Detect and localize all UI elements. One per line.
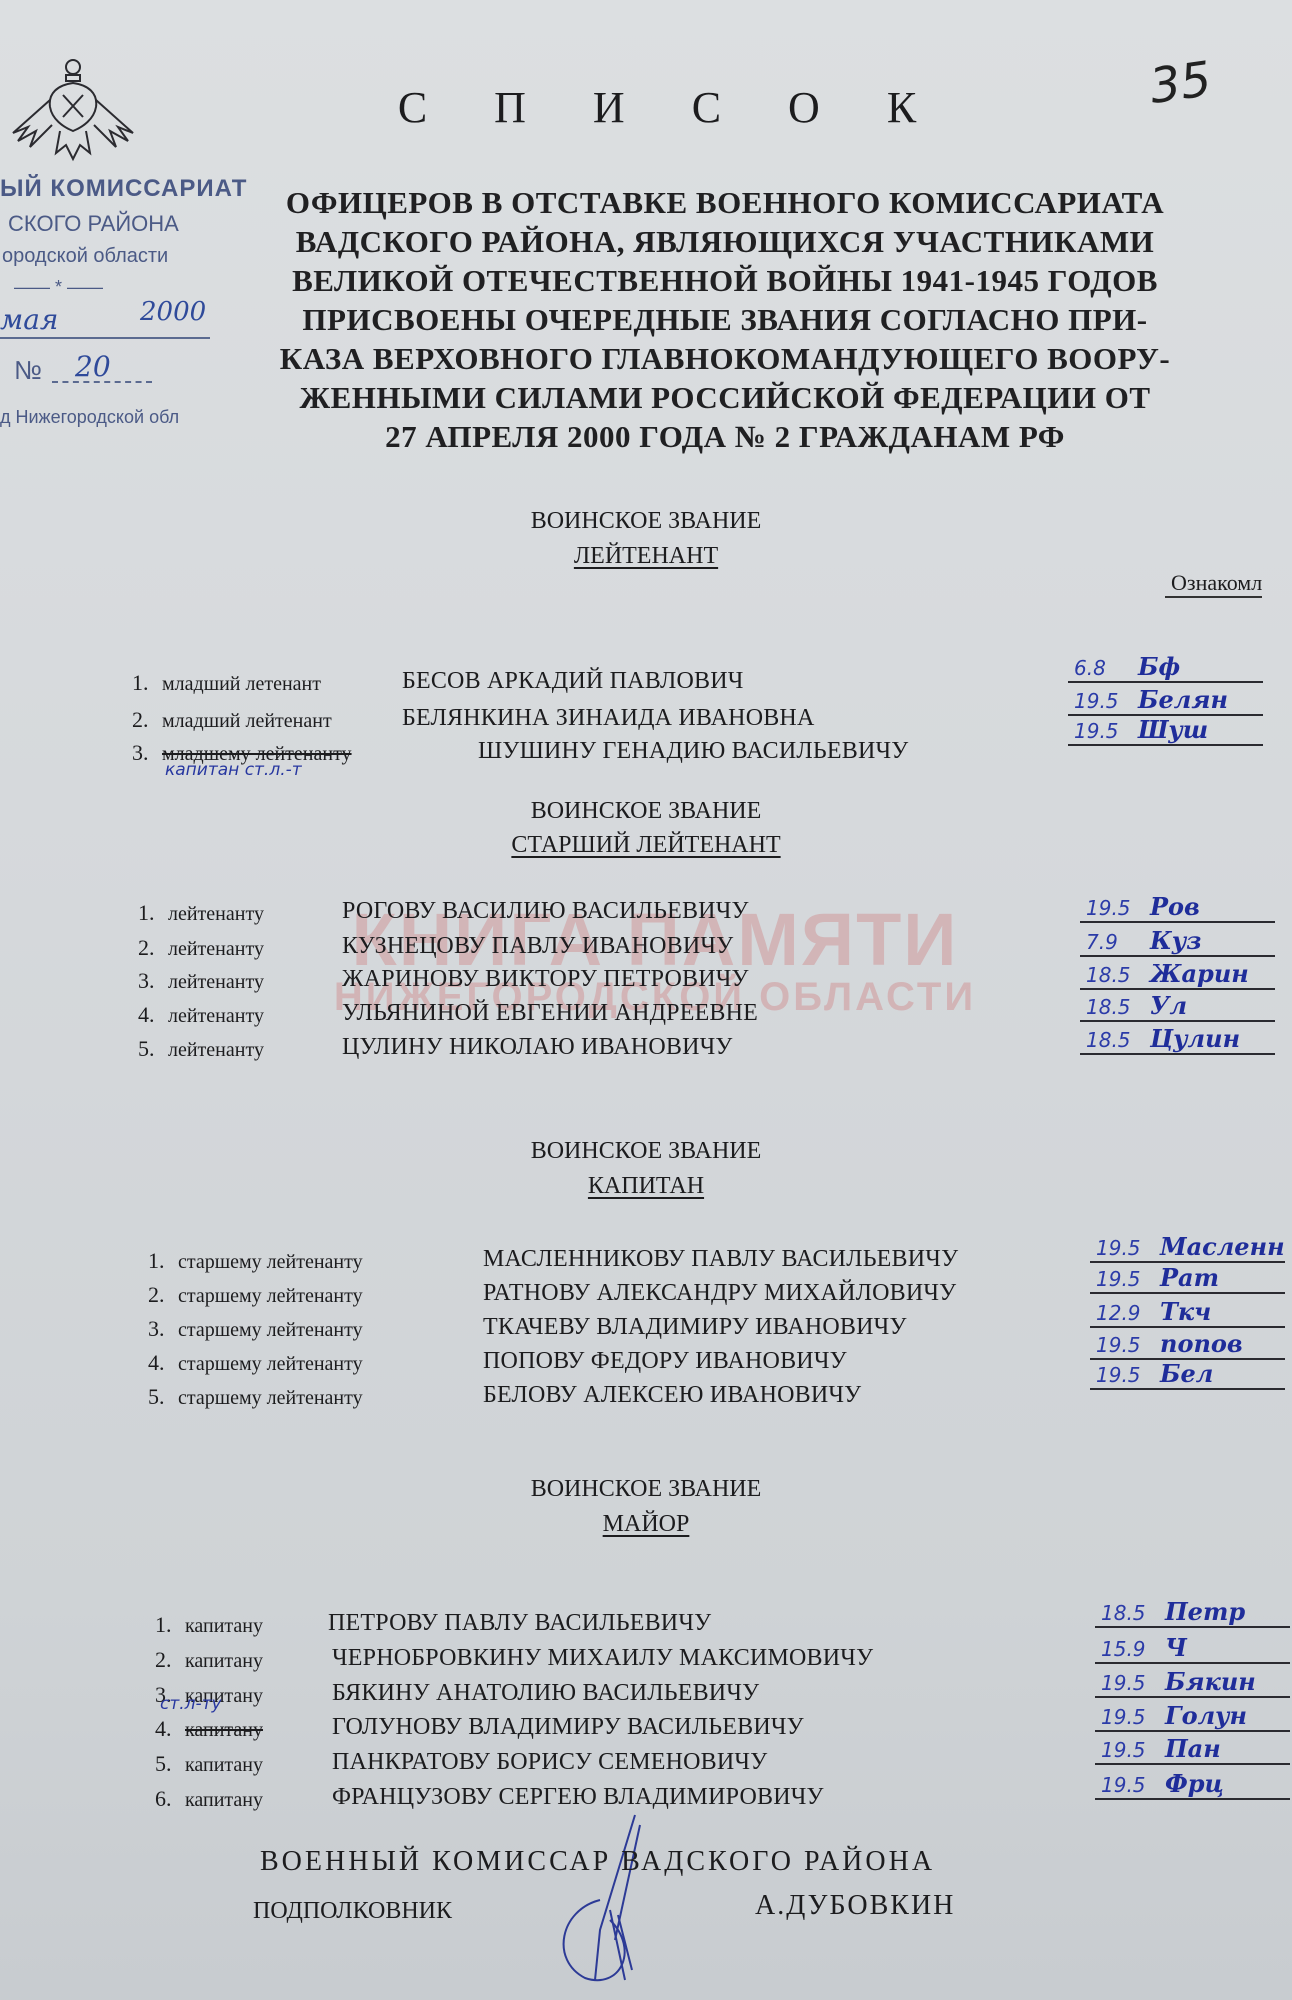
officer-name: БЕЛЯНКИНА ЗИНАИДА ИВАНОВНА	[402, 705, 815, 732]
handwritten-correction: капитан ст.л.-т	[165, 760, 302, 780]
previous-rank: старшему лейтенанту	[178, 1353, 363, 1375]
acknowledgement-date: 7.9	[1086, 930, 1118, 954]
acknowledgement-signature: 19.5Бякин	[1095, 1670, 1290, 1698]
acknowledgement-signature: 18.5Жарин	[1080, 962, 1275, 990]
heading-line: ЖЕННЫМИ СИЛАМИ РОССИЙСКОЙ ФЕДЕРАЦИИ ОТ	[225, 378, 1225, 417]
officer-full-name: ПАНКРАТОВУ БОРИСУ СЕМЕНОВИЧУ	[332, 1749, 767, 1775]
previous-rank: лейтенанту	[168, 938, 264, 960]
acknowledgement-signature: 19.5Пан	[1095, 1737, 1290, 1765]
officer-full-name: ЖАРИНОВУ ВИКТОРУ ПЕТРОВИЧУ	[342, 966, 749, 992]
officer-full-name: ГОЛУНОВУ ВЛАДИМИРУ ВАСИЛЬЕВИЧУ	[332, 1714, 804, 1740]
commander-signature-icon	[540, 1810, 710, 2000]
signature-scrawl: Ул	[1150, 991, 1187, 1020]
acknowledgement-signature: 19.5Бел	[1090, 1362, 1285, 1390]
stamp-line-3: ородской области	[2, 245, 168, 268]
signature-scrawl: Жарин	[1150, 959, 1249, 988]
officer-row: 4.старшему лейтенанту	[148, 1350, 373, 1376]
section-caption: ВОИНСКОЕ ЗВАНИЕ	[0, 795, 1292, 827]
signature-scrawl: попов	[1160, 1329, 1243, 1358]
acknowledgement-date: 19.5	[1101, 1773, 1146, 1797]
officer-full-name: ФРАНЦУЗОВУ СЕРГЕЮ ВЛАДИМИРОВИЧУ	[332, 1784, 824, 1810]
row-number: 2.	[132, 707, 162, 733]
row-number: 4.	[148, 1350, 178, 1376]
signature-scrawl: Бел	[1160, 1359, 1213, 1388]
previous-rank: старшему лейтенанту	[178, 1319, 363, 1341]
previous-rank: капитану	[185, 1754, 263, 1776]
officer-name: БЯКИНУ АНАТОЛИЮ ВАСИЛЬЕВИЧУ	[332, 1680, 759, 1707]
signature-scrawl: Фрц	[1165, 1769, 1224, 1798]
row-number: 3.	[132, 740, 162, 766]
officer-name: ЖАРИНОВУ ВИКТОРУ ПЕТРОВИЧУ	[342, 966, 749, 993]
signature-scrawl: Масленн	[1160, 1232, 1285, 1261]
officer-name: ПЕТРОВУ ПАВЛУ ВАСИЛЬЕВИЧУ	[328, 1610, 711, 1637]
officer-full-name: УЛЬЯНИНОЙ ЕВГЕНИИ АНДРЕЕВНЕ	[342, 1000, 758, 1026]
section-rank-title: МАЙОР	[0, 1508, 1292, 1540]
stamp-line-2: СКОГО РАЙОНА	[8, 211, 179, 237]
commissar-name: А.ДУБОВКИН	[755, 1890, 955, 1922]
previous-rank: лейтенанту	[168, 903, 264, 925]
officer-row: 6.капитану	[155, 1786, 273, 1812]
section-caption: ВОИНСКОЕ ЗВАНИЕ	[0, 1473, 1292, 1505]
officer-row: 2.старшему лейтенанту	[148, 1282, 373, 1308]
officer-full-name: МАСЛЕННИКОВУ ПАВЛУ ВАСИЛЬЕВИЧУ	[483, 1246, 958, 1272]
officer-name: ПОПОВУ ФЕДОРУ ИВАНОВИЧУ	[483, 1348, 847, 1375]
heading-line: КАЗА ВЕРХОВНОГО ГЛАВНОКОМАНДУЮЩЕГО ВООРУ…	[225, 339, 1225, 378]
officer-full-name: ШУШИНУ ГЕНАДИЮ ВАСИЛЬЕВИЧУ	[478, 738, 908, 764]
acknowledgement-signature: 6.8Бф	[1068, 655, 1263, 683]
acknowledgement-signature: 18.5Цулин	[1080, 1027, 1275, 1055]
officer-full-name: ТКАЧЕВУ ВЛАДИМИРУ ИВАНОВИЧУ	[483, 1314, 907, 1340]
acknowledgement-date: 19.5	[1096, 1333, 1141, 1357]
row-number: 3.	[148, 1316, 178, 1342]
acknowledgement-signature: 19.5Фрц	[1095, 1772, 1290, 1800]
officer-row: 5.старшему лейтенанту	[148, 1384, 373, 1410]
officer-name: БЕСОВ АРКАДИЙ ПАВЛОВИЧ	[402, 668, 744, 695]
officer-row: 5.лейтенанту	[138, 1036, 274, 1062]
officer-row: 2.лейтенанту	[138, 935, 274, 961]
signature-scrawl: Ч	[1165, 1633, 1187, 1662]
heading-line: 27 АПРЕЛЯ 2000 ГОДА № 2 ГРАЖДАНАМ РФ	[225, 417, 1225, 456]
acknowledgement-signature: 19.5Рат	[1090, 1266, 1285, 1294]
heading-line: ВАДСКОГО РАЙОНА, ЯВЛЯЮЩИХСЯ УЧАСТНИКАМИ	[225, 222, 1225, 261]
acknowledgement-date: 19.5	[1101, 1738, 1146, 1762]
acknowledgement-signature: 19.5Масленн	[1090, 1235, 1285, 1263]
officer-row: 1.старшему лейтенанту	[148, 1248, 373, 1274]
section-rank-title: СТАРШИЙ ЛЕЙТЕНАНТ	[0, 829, 1292, 861]
signature-scrawl: Пан	[1165, 1734, 1221, 1763]
signature-scrawl: Шуш	[1138, 715, 1208, 744]
section-caption: ВОИНСКОЕ ЗВАНИЕ	[0, 505, 1292, 537]
acknowledgement-signature: 12.9Ткч	[1090, 1300, 1285, 1328]
acknowledgement-date: 12.9	[1096, 1301, 1141, 1325]
heading-line: ОФИЦЕРОВ В ОТСТАВКЕ ВОЕННОГО КОМИССАРИАТ…	[225, 183, 1225, 222]
previous-rank: младший летенант	[162, 673, 321, 695]
officer-name: УЛЬЯНИНОЙ ЕВГЕНИИ АНДРЕЕВНЕ	[342, 1000, 758, 1027]
officer-full-name: ПОПОВУ ФЕДОРУ ИВАНОВИЧУ	[483, 1348, 847, 1374]
row-number: 4.	[155, 1716, 185, 1742]
acknowledgement-signature: 7.9Куз	[1080, 929, 1275, 957]
officer-full-name: ПЕТРОВУ ПАВЛУ ВАСИЛЬЕВИЧУ	[328, 1610, 711, 1636]
officer-name: ФРАНЦУЗОВУ СЕРГЕЮ ВЛАДИМИРОВИЧУ	[332, 1784, 824, 1811]
signature-scrawl: Ткч	[1160, 1297, 1211, 1326]
stamp-star-divider: —— * ——	[14, 277, 103, 298]
officer-full-name: БЕЛОВУ АЛЕКСЕЮ ИВАНОВИЧУ	[483, 1382, 861, 1408]
previous-rank: капитану	[185, 1719, 263, 1741]
heading-line: ПРИСВОЕНЫ ОЧЕРЕДНЫЕ ЗВАНИЯ СОГЛАСНО ПРИ-	[225, 300, 1225, 339]
officer-name: МАСЛЕННИКОВУ ПАВЛУ ВАСИЛЬЕВИЧУ	[483, 1246, 958, 1273]
acknowledgement-date: 19.5	[1096, 1236, 1141, 1260]
officer-full-name: РАТНОВУ АЛЕКСАНДРУ МИХАЙЛОВИЧУ	[483, 1280, 956, 1306]
section-rank-title: ЛЕЙТЕНАНТ	[0, 540, 1292, 572]
officer-name: РАТНОВУ АЛЕКСАНДРУ МИХАЙЛОВИЧУ	[483, 1280, 956, 1307]
row-number: 4.	[138, 1002, 168, 1028]
row-number: 1.	[155, 1612, 185, 1638]
signature-scrawl: Куз	[1150, 926, 1202, 955]
previous-rank: старшему лейтенанту	[178, 1285, 363, 1307]
acknowledgement-signature: 19.5Голун	[1095, 1704, 1290, 1732]
acknowledgement-signature: 19.5Белян	[1068, 688, 1263, 716]
previous-rank: капитану	[185, 1789, 263, 1811]
acknowledgement-date: 19.5	[1101, 1671, 1146, 1695]
officer-full-name: РОГОВУ ВАСИЛИЮ ВАСИЛЬЕВИЧУ	[342, 898, 749, 924]
officer-name: ПАНКРАТОВУ БОРИСУ СЕМЕНОВИЧУ	[332, 1749, 767, 1776]
signature-scrawl: Цулин	[1150, 1024, 1240, 1053]
officer-row: 4.лейтенанту	[138, 1002, 274, 1028]
rank-name: КАПИТАН	[588, 1173, 704, 1199]
acknowledgement-signature: 15.9Ч	[1095, 1636, 1290, 1664]
officer-row: 3.лейтенанту	[138, 968, 274, 994]
handwritten-correction: ст.л-ту	[160, 1694, 222, 1714]
row-number: 5.	[155, 1751, 185, 1777]
acknowledgement-signature: 19.5Ров	[1080, 895, 1275, 923]
signature-scrawl: Белян	[1138, 685, 1228, 714]
officer-row: 3.старшему лейтенанту	[148, 1316, 373, 1342]
previous-rank: старшему лейтенанту	[178, 1251, 363, 1273]
officer-name: ГОЛУНОВУ ВЛАДИМИРУ ВАСИЛЬЕВИЧУ	[332, 1714, 804, 1741]
section-caption: ВОИНСКОЕ ЗВАНИЕ	[0, 1135, 1292, 1167]
officer-full-name: ЧЕРНОБРОВКИНУ МИХАИЛУ МАКСИМОВИЧУ	[332, 1645, 873, 1671]
officer-name: КУЗНЕЦОВУ ПАВЛУ ИВАНОВИЧУ	[342, 933, 733, 960]
officer-full-name: КУЗНЕЦОВУ ПАВЛУ ИВАНОВИЧУ	[342, 933, 733, 959]
officer-row: 5.капитану	[155, 1751, 273, 1777]
officer-name: ТКАЧЕВУ ВЛАДИМИРУ ИВАНОВИЧУ	[483, 1314, 907, 1341]
acknowledged-column-label: Ознакомл	[1165, 570, 1262, 598]
stamp-line-4: д Нижегородской обл	[0, 407, 179, 428]
officer-full-name: БЕЛЯНКИНА ЗИНАИДА ИВАНОВНА	[402, 705, 815, 731]
acknowledgement-signature: 19.5попов	[1090, 1332, 1285, 1360]
row-number: 5.	[148, 1384, 178, 1410]
acknowledgement-date: 15.9	[1101, 1637, 1146, 1661]
acknowledgement-date: 19.5	[1074, 689, 1119, 713]
officer-row: 4.капитану	[155, 1716, 273, 1742]
signature-scrawl: Ров	[1150, 892, 1200, 921]
previous-rank: капитану	[185, 1650, 263, 1672]
acknowledgement-date: 18.5	[1086, 1028, 1131, 1052]
acknowledgement-date: 6.8	[1074, 656, 1106, 680]
signature-scrawl: Голун	[1165, 1701, 1247, 1730]
acknowledgement-signature: 19.5Шуш	[1068, 718, 1263, 746]
officer-row: 1.капитану	[155, 1612, 273, 1638]
stamp-handwritten-year: 2000	[140, 297, 206, 327]
row-number: 5.	[138, 1036, 168, 1062]
officer-name: ШУШИНУ ГЕНАДИЮ ВАСИЛЬЕВИЧУ	[478, 738, 908, 765]
stamp-line-1: ЫЙ КОМИССАРИАТ	[0, 175, 247, 203]
acknowledgement-date: 19.5	[1101, 1705, 1146, 1729]
rank-name: МАЙОР	[603, 1511, 690, 1537]
officer-row: 1.лейтенанту	[138, 900, 274, 926]
previous-rank: лейтенанту	[168, 1039, 264, 1061]
previous-rank: лейтенанту	[168, 1005, 264, 1027]
officer-name: ЧЕРНОБРОВКИНУ МИХАИЛУ МАКСИМОВИЧУ	[332, 1645, 873, 1672]
document-heading: ОФИЦЕРОВ В ОТСТАВКЕ ВОЕННОГО КОМИССАРИАТ…	[225, 183, 1225, 456]
officer-name: РОГОВУ ВАСИЛИЮ ВАСИЛЬЕВИЧУ	[342, 898, 749, 925]
officer-row: 2.младший лейтенант	[132, 707, 342, 733]
officer-full-name: ЦУЛИНУ НИКОЛАЮ ИВАНОВИЧУ	[342, 1034, 733, 1060]
acknowledgement-signature: 18.5Ул	[1080, 994, 1275, 1022]
rank-name: СТАРШИЙ ЛЕЙТЕНАНТ	[511, 832, 780, 858]
row-number: 2.	[148, 1282, 178, 1308]
stamp-handwritten-number: 20	[75, 350, 111, 383]
acknowledgement-date: 19.5	[1096, 1267, 1141, 1291]
stamp-number-label: №	[14, 355, 42, 386]
acknowledgement-date: 18.5	[1086, 963, 1131, 987]
officer-row: 1.младший летенант	[132, 670, 331, 696]
acknowledgement-date: 19.5	[1096, 1363, 1141, 1387]
row-number: 1.	[138, 900, 168, 926]
stamp-handwritten-month: мая	[0, 303, 58, 336]
acknowledgement-date: 19.5	[1074, 719, 1119, 743]
signature-scrawl: Бякин	[1165, 1667, 1256, 1696]
row-number: 1.	[148, 1248, 178, 1274]
previous-rank: младший лейтенант	[162, 710, 332, 732]
signature-scrawl: Бф	[1138, 652, 1180, 681]
heading-line: ВЕЛИКОЙ ОТЕЧЕСТВЕННОЙ ВОЙНЫ 1941-1945 ГО…	[225, 261, 1225, 300]
signature-scrawl: Рат	[1160, 1263, 1219, 1292]
officer-full-name: БЯКИНУ АНАТОЛИЮ ВАСИЛЬЕВИЧУ	[332, 1680, 759, 1706]
rank-name: ЛЕЙТЕНАНТ	[574, 543, 718, 569]
document-title: С П И С О К	[0, 82, 1292, 133]
row-number: 6.	[155, 1786, 185, 1812]
acknowledgement-date: 18.5	[1086, 995, 1131, 1019]
row-number: 2.	[138, 935, 168, 961]
officer-full-name: БЕСОВ АРКАДИЙ ПАВЛОВИЧ	[402, 668, 744, 694]
acknowledgement-date: 19.5	[1086, 896, 1131, 920]
acknowledgement-signature: 18.5Петр	[1095, 1600, 1290, 1628]
row-number: 2.	[155, 1647, 185, 1673]
previous-rank: капитану	[185, 1615, 263, 1637]
row-number: 3.	[138, 968, 168, 994]
commissar-position: ВОЕННЫЙ КОМИССАР ВАДСКОГО РАЙОНА	[260, 1846, 935, 1878]
officer-row: 2.капитану	[155, 1647, 273, 1673]
officer-name: ЦУЛИНУ НИКОЛАЮ ИВАНОВИЧУ	[342, 1034, 733, 1061]
commissar-rank: ПОДПОЛКОВНИК	[253, 1898, 452, 1925]
section-rank-title: КАПИТАН	[0, 1170, 1292, 1202]
acknowledgement-date: 18.5	[1101, 1601, 1146, 1625]
previous-rank: лейтенанту	[168, 971, 264, 993]
officer-name: БЕЛОВУ АЛЕКСЕЮ ИВАНОВИЧУ	[483, 1382, 861, 1409]
previous-rank: старшему лейтенанту	[178, 1387, 363, 1409]
document-page: 35 С П И С О К ЫЙ КОМИССАРИАТ СКОГО РАЙО…	[0, 0, 1292, 2000]
signature-scrawl: Петр	[1165, 1597, 1245, 1626]
row-number: 1.	[132, 670, 162, 696]
